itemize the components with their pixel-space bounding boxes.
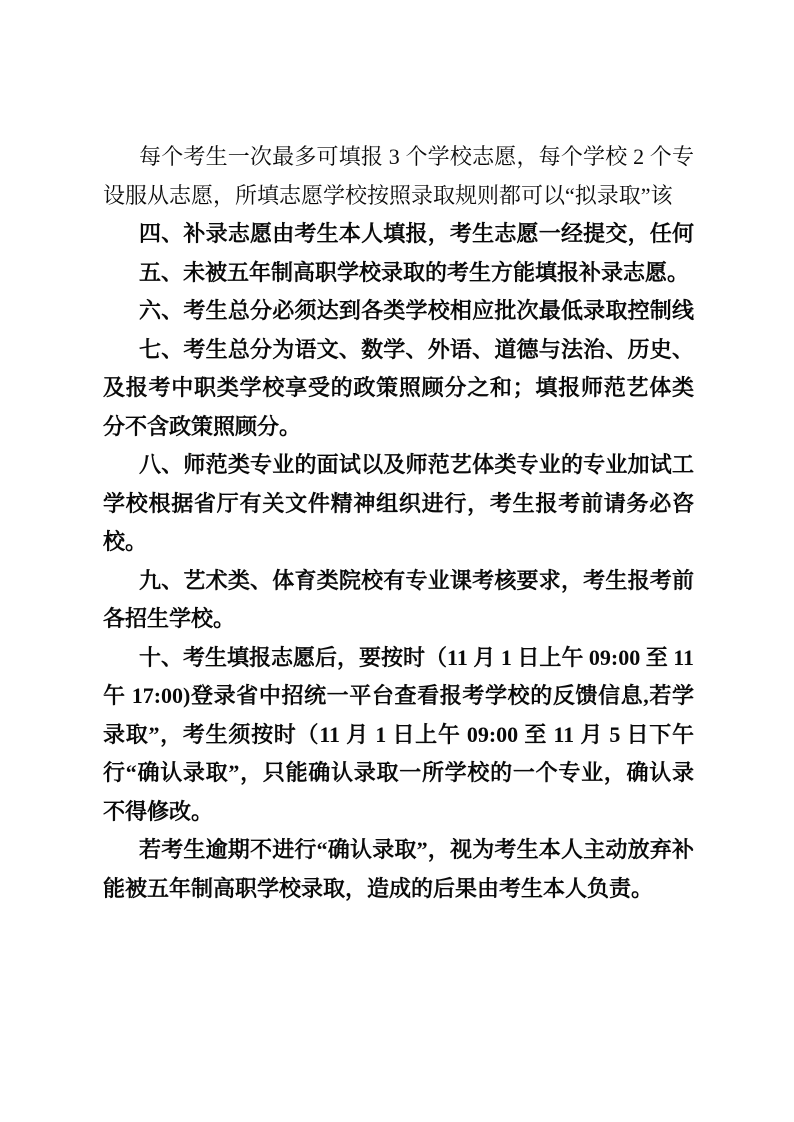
text-line: 及报考中职类学校享受的政策照顾分之和；填报师范艺体类学校时，其总 xyxy=(103,369,694,408)
paragraph: 六、考生总分必须达到各类学校相应批次最低录取控制线方能填报。 xyxy=(103,292,694,331)
paragraph: 十、考生填报志愿后，要按时（11 月 1 日上午 09:00 至 11 月 5 … xyxy=(103,639,694,832)
text-line: 能被五年制高职学校录取，造成的后果由考生本人负责。 xyxy=(103,870,694,909)
paragraph: 九、艺术类、体育类院校有专业课考核要求，考生报考前请务必咨询各招生学校。 xyxy=(103,562,694,639)
text-line: 录取”，考生须按时（11 月 1 日上午 09:00 至 11 月 5 日下午 … xyxy=(103,716,694,755)
text-line: 若考生逾期不进行“确认录取”，视为考生本人主动放弃补录，将不 xyxy=(103,831,694,870)
text-line: 午 17:00)登录省中招统一平台查看报考学校的反馈信息,若学校回复“拟 xyxy=(103,677,694,716)
text-line: 四、补录志愿由考生本人填报，考生志愿一经提交，任何人不得修改。 xyxy=(103,215,694,254)
text-line: 六、考生总分必须达到各类学校相应批次最低录取控制线方能填报。 xyxy=(103,292,694,331)
paragraph: 八、师范类专业的面试以及师范艺体类专业的专业加试工作由各招生学校根据省厅有关文件… xyxy=(103,446,694,562)
text-line: 校。 xyxy=(103,523,694,562)
paragraph: 若考生逾期不进行“确认录取”，视为考生本人主动放弃补录，将不能被五年制高职学校录… xyxy=(103,831,694,908)
paragraph: 每个考生一次最多可填报 3 个学校志愿，每个学校 2 个专业志愿，不设服从志愿，… xyxy=(103,138,694,215)
paragraph: 五、未被五年制高职学校录取的考生方能填报补录志愿。 xyxy=(103,254,694,293)
text-line: 分不含政策照顾分。 xyxy=(103,408,694,447)
text-line: 五、未被五年制高职学校录取的考生方能填报补录志愿。 xyxy=(103,254,694,293)
paragraph: 四、补录志愿由考生本人填报，考生志愿一经提交，任何人不得修改。 xyxy=(103,215,694,254)
text-line: 行“确认录取”，只能确认录取一所学校的一个专业，确认录取后任何人 xyxy=(103,754,694,793)
document-page: 每个考生一次最多可填报 3 个学校志愿，每个学校 2 个专业志愿，不设服从志愿，… xyxy=(0,0,794,1122)
text-line: 不得修改。 xyxy=(103,793,694,832)
text-line: 每个考生一次最多可填报 3 个学校志愿，每个学校 2 个专业志愿，不 xyxy=(103,138,694,177)
text-line: 九、艺术类、体育类院校有专业课考核要求，考生报考前请务必咨询 xyxy=(103,562,694,601)
text-line: 七、考生总分为语文、数学、外语、道德与法治、历史、物理、化学 xyxy=(103,331,694,370)
document-body: 每个考生一次最多可填报 3 个学校志愿，每个学校 2 个专业志愿，不设服从志愿，… xyxy=(103,138,694,908)
text-line: 学校根据省厅有关文件精神组织进行，考生报考前请务必咨询各招生学 xyxy=(103,485,694,524)
text-line: 各招生学校。 xyxy=(103,600,694,639)
text-line: 十、考生填报志愿后，要按时（11 月 1 日上午 09:00 至 11 月 5 … xyxy=(103,639,694,678)
text-line: 八、师范类专业的面试以及师范艺体类专业的专业加试工作由各招生 xyxy=(103,446,694,485)
text-line: 设服从志愿，所填志愿学校按照录取规则都可以“拟录取”该考生。 xyxy=(103,177,694,216)
paragraph: 七、考生总分为语文、数学、外语、道德与法治、历史、物理、化学及报考中职类学校享受… xyxy=(103,331,694,447)
